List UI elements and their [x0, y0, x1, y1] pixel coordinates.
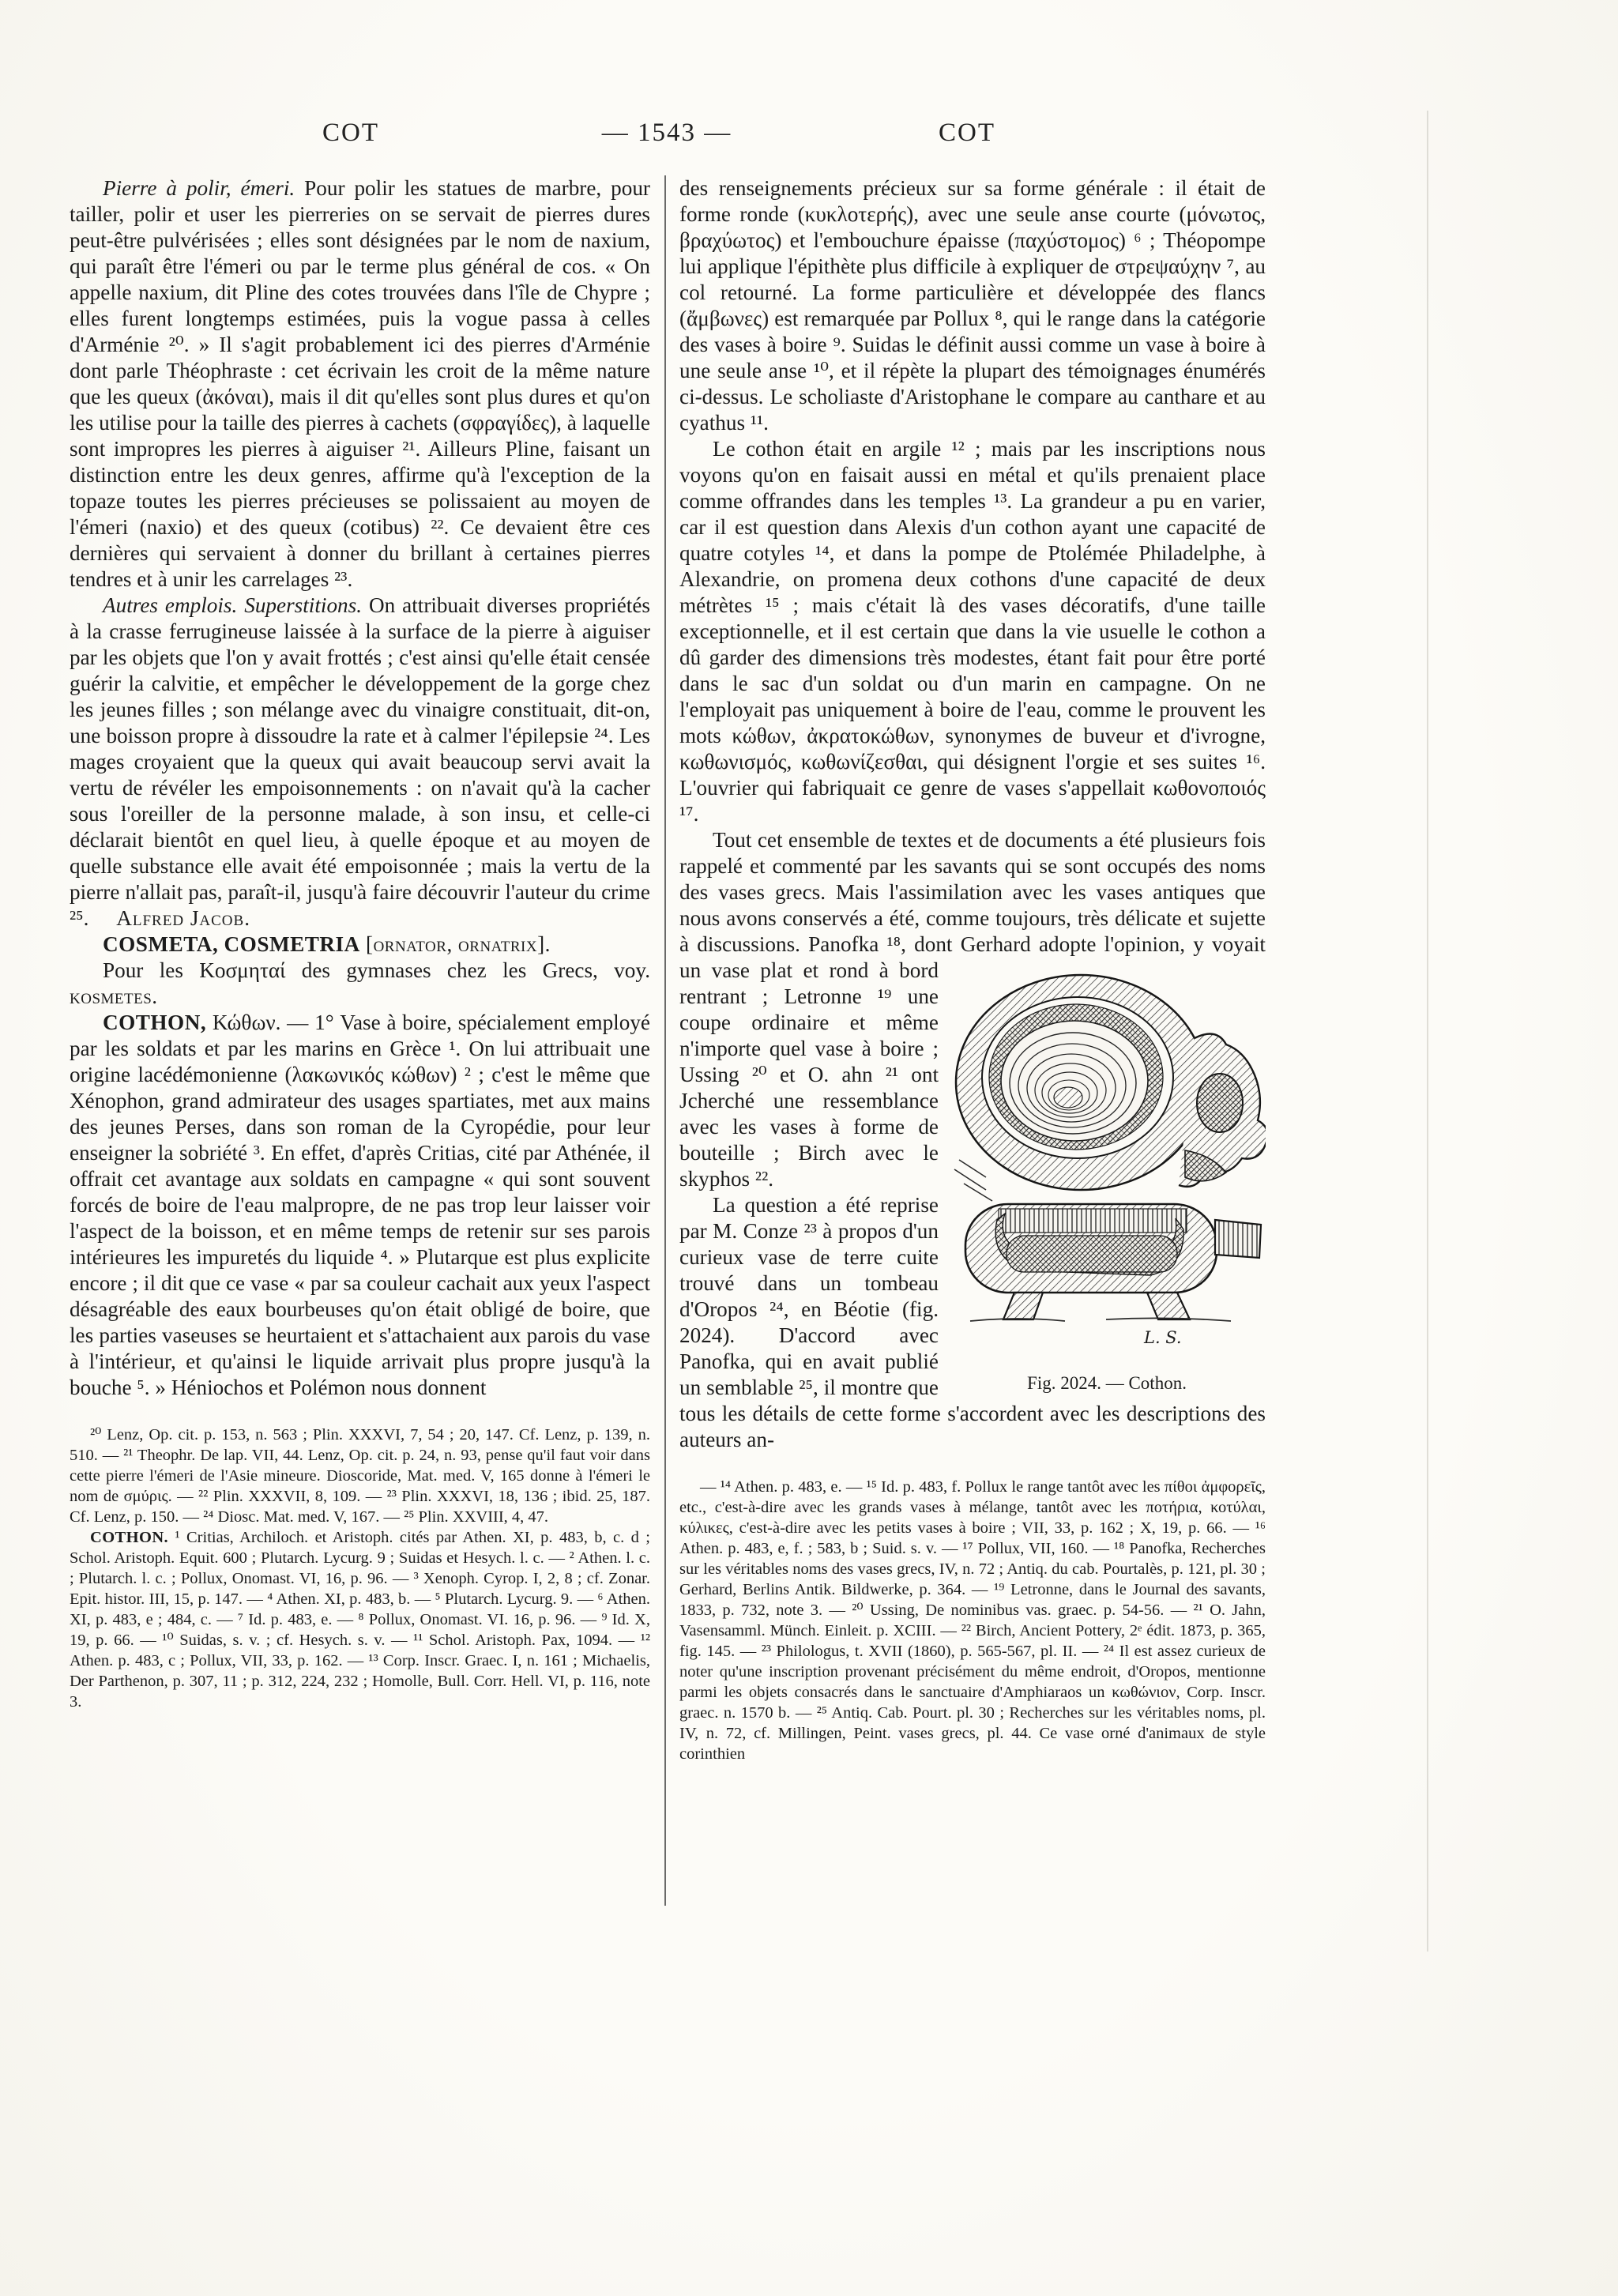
- paragraph-text-wrapped: vase plat et rond à bord rentrant ; Letr…: [679, 958, 939, 1191]
- cothon-top-view: [954, 975, 1266, 1201]
- figure-cothon: L. S. Fig. 2024. — Cothon.: [948, 962, 1266, 1395]
- scan-edge-artifact: [1427, 111, 1428, 1952]
- entry-latin-equivalents: [ornator, ornatrix].: [360, 932, 551, 956]
- figure-caption: Fig. 2024. — Cothon.: [948, 1372, 1266, 1395]
- footnote-block-pierre-a-polir: ²⁰ Lenz, Op. cit. p. 153, n. 563 ; Plin.…: [70, 1425, 650, 1527]
- paragraph-text: Pour polir les statues de marbre, pour t…: [70, 176, 650, 591]
- footnote-block-cothon-suite: — ¹⁴ Athen. p. 483, e. — ¹⁵ Id. p. 483, …: [679, 1477, 1266, 1764]
- cross-reference-kosmetes: kosmetes.: [70, 984, 158, 1008]
- paragraph-assimilation: Tout cet ensemble de textes et de docume…: [679, 827, 1266, 1192]
- paragraph-text: Κώθων. — 1° Vase à boire, spécialement e…: [70, 1011, 650, 1399]
- entry-heading-cosmeta: COSMETA, COSMETRIA [ornator, ornatrix].: [70, 932, 650, 958]
- paragraph-cothon-argile: Le cothon était en argile ¹² ; mais par …: [679, 436, 1266, 827]
- footnote-text: ¹ Critias, Archiloch. et Aristoph. cités…: [70, 1529, 650, 1711]
- cothon-engraving: L. S.: [948, 962, 1266, 1357]
- cothon-side-view: L. S.: [965, 1204, 1261, 1347]
- engraver-signature: L. S.: [1143, 1328, 1182, 1347]
- footnote-entry-label: COTHON.: [90, 1529, 168, 1546]
- paragraph-forme-generale: des renseignements précieux sur sa forme…: [679, 175, 1266, 436]
- scanned-dictionary-page: COT — 1543 — COT Pierre à polir, émeri. …: [0, 0, 1618, 2296]
- entry-term-cothon: COTHON,: [103, 1011, 206, 1034]
- entry-term-cosmeta: COSMETA, COSMETRIA: [103, 932, 360, 956]
- paragraph-cothon: COTHON, Κώθων. — 1° Vase à boire, spécia…: [70, 1010, 650, 1401]
- paragraph-cosmeta-body: Pour les Κοσμηταί des gymnases chez les …: [70, 958, 650, 1010]
- paragraph-text: Pour les Κοσμηταί des gymnases chez les …: [103, 958, 650, 982]
- entry-lead-autres-emplois: Autres emplois. Superstitions.: [103, 593, 362, 617]
- footnote-block-cothon: COTHON. ¹ Critias, Archiloch. et Aristop…: [70, 1527, 650, 1712]
- running-head-right: COT: [939, 119, 995, 148]
- entry-lead-pierre-a-polir: Pierre à polir, émeri.: [103, 176, 295, 200]
- paragraph-autres-emplois: Autres emplois. Superstitions. On attrib…: [70, 593, 650, 932]
- footnotes-left-column: ²⁰ Lenz, Op. cit. p. 153, n. 563 ; Plin.…: [70, 1425, 650, 1712]
- left-column: Pierre à polir, émeri. Pour polir les st…: [70, 175, 650, 1712]
- author-signature: Alfred Jacob.: [116, 906, 250, 930]
- paragraph-pierre-a-polir: Pierre à polir, émeri. Pour polir les st…: [70, 175, 650, 593]
- footnotes-right-column: — ¹⁴ Athen. p. 483, e. — ¹⁵ Id. p. 483, …: [679, 1477, 1266, 1764]
- page-number: — 1543 —: [0, 119, 1334, 148]
- paragraph-text: On attribuait diverses propriétés à la c…: [70, 593, 650, 930]
- right-column: des renseignements précieux sur sa forme…: [679, 175, 1266, 1764]
- column-divider-rule: [664, 175, 666, 1906]
